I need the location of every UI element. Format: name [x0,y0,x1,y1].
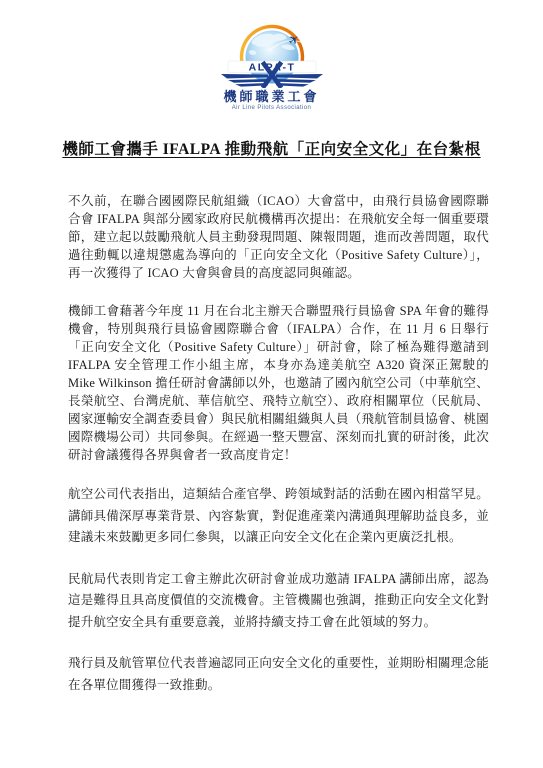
document-body: 不久前，在聯合國國際民航組織（ICAO）大會當中，由飛行員協會國際聯合會 IFA… [68,192,489,696]
alpa-t-logo-graphic: ✈ ALPA-T [219,24,325,88]
alpa-t-logo: ✈ ALPA-T 機師職業工會 Air Line Pilots Associat… [0,24,543,112]
document-page: ✈ ALPA-T 機師職業工會 Air Line Pilots Associat… [0,0,543,768]
logo-org-name-zh: 機師職業工會 [223,90,319,104]
document-title: 機師工會攜手 IFALPA 推動飛航「正向安全文化」在台紮根 [18,138,525,162]
paragraph-2: 機師工會藉著今年度 11 月在台北主辦天合聯盟飛行員協會 SPA 年會的難得機會… [68,302,489,464]
logo-org-name-en: Air Line Pilots Association [232,105,312,112]
paragraph-5: 飛行員及航管單位代表普遍認同正向安全文化的重要性，並期盼相關理念能在各單位間獲得… [68,653,489,696]
paragraph-1: 不久前，在聯合國國際民航組織（ICAO）大會當中，由飛行員協會國際聯合會 IFA… [68,192,489,282]
paragraph-4: 民航局代表則肯定工會主辦此次研討會並成功邀請 IFALPA 講師出席，認為這是難… [68,569,489,634]
paragraph-3: 航空公司代表指出，這類結合產官學、跨領域對話的活動在國內相當罕見。講師具備深厚專… [68,484,489,549]
